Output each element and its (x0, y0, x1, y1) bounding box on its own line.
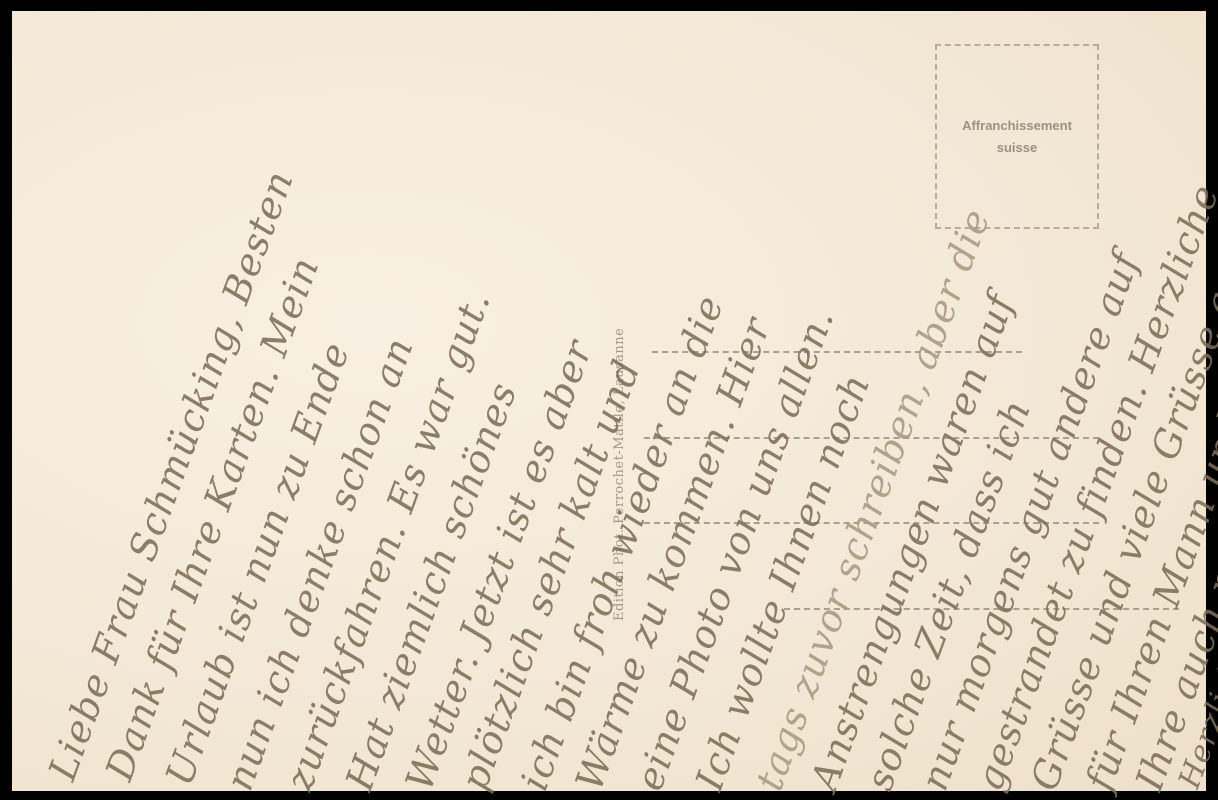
stamp-placement-box: Affranchissement suisse (935, 44, 1099, 229)
stamp-label-line2: suisse (937, 140, 1097, 155)
stamp-label-line1: Affranchissement (937, 118, 1097, 133)
postcard-back: Affranchissement suisse Edition Phot. Pe… (12, 11, 1206, 791)
